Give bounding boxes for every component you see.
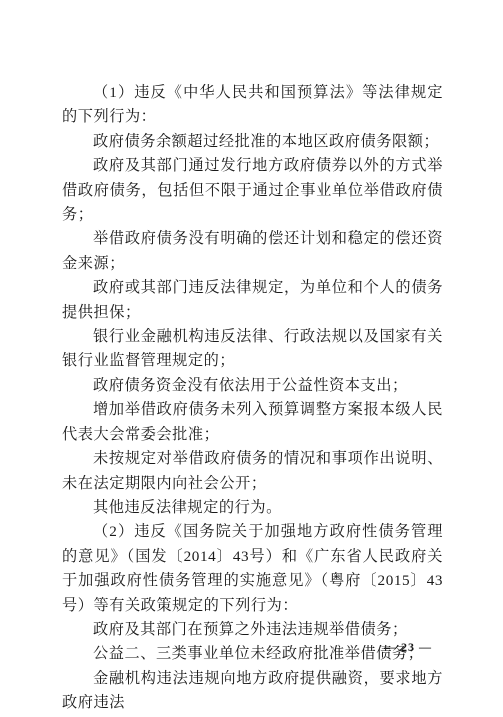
paragraph-item: 未按规定对举借政府债务的情况和事项作出说明、未在法定期限内向社会公开； (62, 447, 443, 496)
paragraph-item: 政府及其部门在预算之外违法违规举借债务； (62, 618, 443, 642)
page-number: — 23 — (384, 640, 432, 655)
paragraph-item: 金融机构违法违规向地方政府提供融资，要求地方政府违法 (62, 667, 443, 716)
paragraph-section-2-heading: （2）违反《国务院关于加强地方政府性债务管理的意见》（国发〔2014〕43号）和… (62, 520, 443, 618)
paragraph-item: 增加举借政府债务未列入预算调整方案报本级人民代表大会常委会批准； (62, 398, 443, 447)
paragraph-item: 政府债务资金没有依法用于公益性资本支出； (62, 374, 443, 398)
paragraph-item: 政府或其部门违反法律规定，为单位和个人的债务提供担保； (62, 276, 443, 325)
paragraph-item: 举借政府债务没有明确的偿还计划和稳定的偿还资金来源； (62, 227, 443, 276)
paragraph-section-1-heading: （1）违反《中华人民共和国预算法》等法律规定的下列行为： (62, 81, 443, 130)
document-body: （1）违反《中华人民共和国预算法》等法律规定的下列行为： 政府债务余额超过经批准… (62, 81, 443, 716)
paragraph-item: 其他违反法律规定的行为。 (62, 496, 443, 520)
paragraph-item: 政府债务余额超过经批准的本地区政府债务限额； (62, 130, 443, 154)
paragraph-item: 政府及其部门通过发行地方政府债券以外的方式举借政府债务，包括但不限于通过企事业单… (62, 154, 443, 227)
paragraph-item: 银行业金融机构违反法律、行政法规以及国家有关银行业监督管理规定的； (62, 325, 443, 374)
